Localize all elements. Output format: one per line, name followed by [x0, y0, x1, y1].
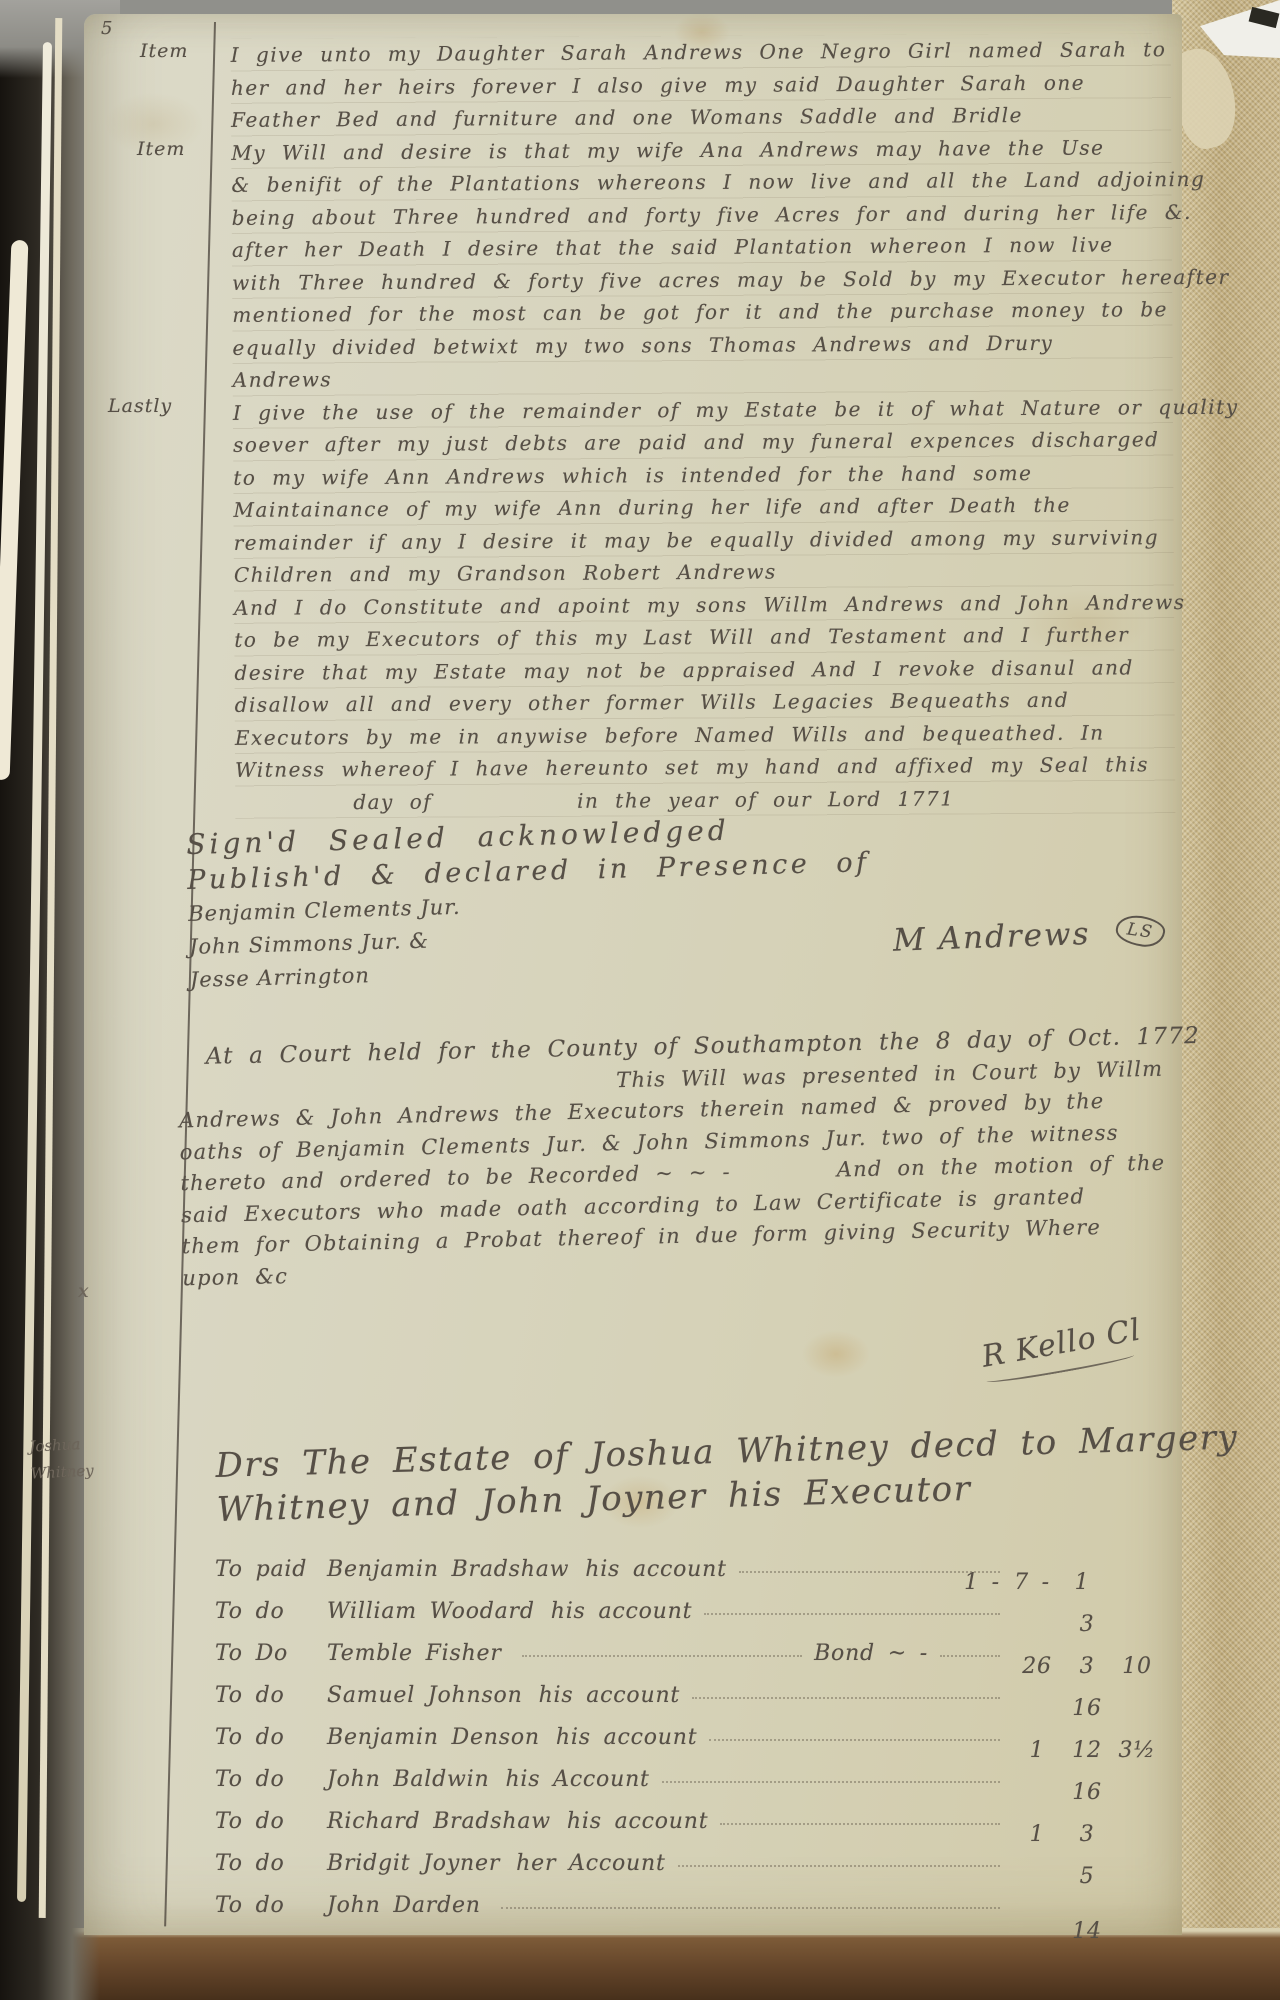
amount-columns: 1 12 3½ — [1012, 1738, 1162, 1763]
row-prefix: To do — [215, 1767, 327, 1792]
creditor-name: John Baldwin — [327, 1767, 489, 1792]
row-prefix: To do — [215, 1683, 327, 1708]
margin-label-item-2: Item — [137, 138, 185, 160]
amount-columns: 16 — [1012, 1696, 1162, 1721]
amount-pence: 1 — [1057, 1570, 1107, 1595]
margin-x-mark: x — [78, 1280, 89, 1302]
signature-name: M Andrews — [892, 916, 1091, 959]
dotted-leader — [720, 1823, 1000, 1825]
amount-shillings: 12 — [1062, 1738, 1112, 1763]
will-line: remainder if any I desire it may be equa… — [234, 521, 1174, 559]
amount-pounds: 1 - — [957, 1570, 1007, 1595]
amount-pence — [1112, 1864, 1162, 1889]
row-prefix: To do — [215, 1599, 327, 1624]
amount-columns: 16 — [1012, 1780, 1162, 1805]
amount-columns: 1 3 — [1012, 1822, 1162, 1847]
amount-pounds — [1012, 1919, 1062, 1944]
margin-note-joshua-whitney: Joshua Whitney — [29, 1430, 95, 1487]
will-line: to be my Executors of this my Last Will … — [234, 618, 1174, 656]
amount-pence — [1112, 1612, 1162, 1637]
creditor-name: Samuel Johnson — [327, 1683, 523, 1708]
amount-pence — [1112, 1696, 1162, 1721]
amount-pence — [1112, 1919, 1162, 1944]
amount-shillings: 3 — [1062, 1822, 1112, 1847]
dotted-leader — [522, 1655, 802, 1657]
creditor-name: John Darden — [327, 1893, 481, 1918]
amount-pounds: 1 — [1012, 1738, 1062, 1763]
estate-account-rows: To paid Benjamin Bradshaw his account 1 … — [215, 1540, 1162, 1918]
amount-shillings: 16 — [1062, 1780, 1112, 1805]
dotted-leader — [704, 1613, 1000, 1615]
amount-shillings: 16 — [1062, 1696, 1112, 1721]
row-note: his account — [551, 1599, 692, 1624]
creditor-name: Richard Bradshaw — [327, 1809, 551, 1834]
margin-note-line: Joshua — [29, 1430, 93, 1460]
dotted-leader — [662, 1781, 1000, 1783]
row-note: his Account — [505, 1767, 649, 1792]
creditor-name: Benjamin Bradshaw — [327, 1557, 569, 1582]
dotted-leader — [940, 1655, 1000, 1657]
amount-shillings: 3 — [1062, 1612, 1112, 1637]
will-line: equally divided betwixt my two sons Thom… — [232, 326, 1172, 364]
row-prefix: To paid — [215, 1557, 327, 1582]
amount-shillings: 3 — [1062, 1654, 1112, 1679]
creditor-name: Benjamin Denson — [327, 1725, 540, 1750]
row-note: his account — [585, 1557, 726, 1582]
amount-pence: 10 — [1112, 1654, 1162, 1679]
dotted-leader — [501, 1907, 1000, 1909]
amount-pence — [1112, 1780, 1162, 1805]
creditor-name: Temble Fisher — [327, 1641, 502, 1666]
row-note: Bond ~ - — [814, 1641, 928, 1666]
amount-columns: 26 3 10 — [1012, 1654, 1162, 1679]
amount-pounds: 1 — [1012, 1822, 1062, 1847]
creditor-name: William Woodard — [327, 1599, 535, 1624]
book-cloth-binding — [1172, 0, 1280, 1948]
amount-columns: 5 — [1012, 1864, 1162, 1889]
account-row: To paid Benjamin Bradshaw his account 1 … — [215, 1540, 1162, 1582]
page-number: 5 — [101, 18, 112, 39]
will-line: soever after my just debts are paid and … — [233, 423, 1173, 461]
amount-pence: 3½ — [1112, 1738, 1162, 1763]
amount-pence — [1112, 1822, 1162, 1847]
will-book-photo: 5 Item Item Lastly x Joshua Whitney I gi… — [0, 0, 1280, 2000]
margin-note-line: Whitney — [30, 1457, 94, 1487]
amount-shillings: 7 - — [1007, 1570, 1057, 1595]
will-body-text: I give unto my Daughter Sarah Andrews On… — [231, 33, 1176, 819]
row-prefix: To do — [215, 1851, 327, 1876]
will-line: Witness whereof I have hereunto set my h… — [235, 748, 1175, 786]
row-prefix: To do — [215, 1809, 327, 1834]
amount-pounds: 26 — [1012, 1654, 1062, 1679]
amount-shillings: 14 — [1062, 1919, 1112, 1944]
dotted-leader — [709, 1739, 1000, 1741]
row-note: her Account — [516, 1851, 665, 1876]
amount-columns: 1 - 7 - 1 — [957, 1570, 1107, 1595]
will-line: & benifit of the Plantations whereons I … — [231, 163, 1171, 201]
amount-columns: 14 — [1012, 1919, 1162, 1944]
will-line: Maintainance of my wife Ann during her l… — [233, 488, 1173, 526]
row-prefix: To do — [215, 1893, 327, 1918]
row-note: his account — [556, 1725, 697, 1750]
will-line: mentioned for the most can be got for it… — [232, 293, 1172, 331]
court-record-section: At a Court held for the County of Southa… — [177, 1022, 1167, 1295]
amount-pounds — [1012, 1864, 1062, 1889]
amount-pounds — [1012, 1696, 1062, 1721]
amount-shillings: 5 — [1062, 1864, 1112, 1889]
date-line-day-of: day of — [353, 785, 432, 818]
dotted-leader — [692, 1697, 1000, 1699]
will-line: I give unto my Daughter Sarah Andrews On… — [231, 33, 1171, 71]
row-prefix: To do — [215, 1725, 327, 1750]
creditor-name: Bridgit Joyner — [327, 1851, 500, 1876]
wax-seal-icon: LS — [1114, 913, 1167, 950]
will-line: disallow all and every other former Will… — [235, 683, 1175, 721]
row-prefix: To Do — [215, 1641, 327, 1666]
row-note: his account — [539, 1683, 680, 1708]
will-line: after her Death I desire that the said P… — [232, 228, 1172, 266]
will-line: her and her heirs forever I also give my… — [231, 66, 1171, 104]
dotted-leader — [678, 1865, 1000, 1867]
amount-pounds — [1012, 1780, 1062, 1805]
margin-label-item-1: Item — [140, 40, 188, 62]
margin-label-lastly: Lastly — [108, 395, 172, 417]
attestation-block: Sign'd Sealed acknowledged Publish'd & d… — [186, 809, 873, 997]
amount-columns: 3 — [1012, 1612, 1162, 1637]
row-note: his account — [567, 1809, 708, 1834]
amount-pounds — [1012, 1612, 1062, 1637]
